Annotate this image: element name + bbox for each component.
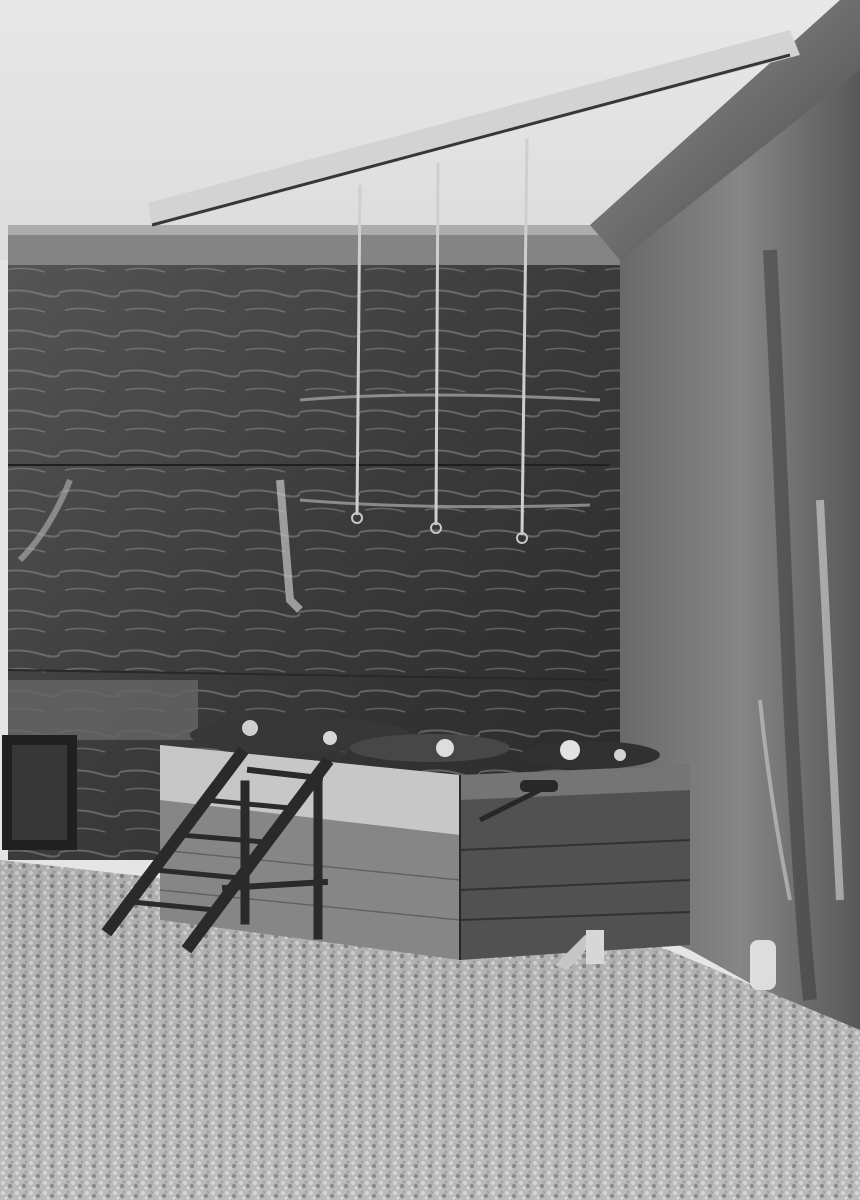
photograph: Black-and-white photograph of a concrete…	[0, 0, 860, 1200]
photo-scene	[0, 0, 860, 1200]
